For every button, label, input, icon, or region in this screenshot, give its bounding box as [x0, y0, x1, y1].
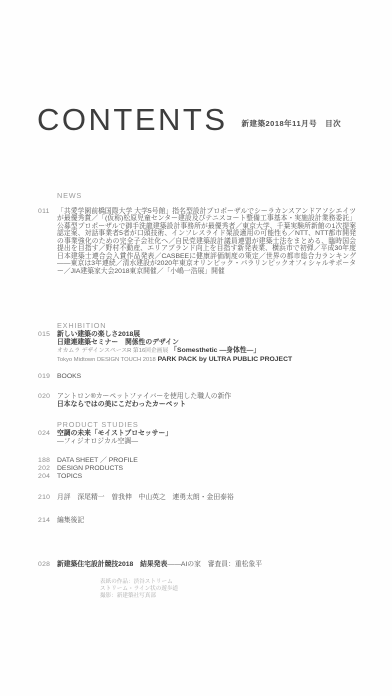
entry-carpet: 020 アントロン®カーペットファイバーを使用した職人の新作 日本ならではの美に…	[38, 393, 231, 409]
page-number-exhibition: 015	[38, 331, 57, 338]
product-studies-lines: 空調の未来「モイストプロセッサー」 ―フィジオロジカル空調―	[57, 430, 172, 446]
contents-page: CONTENTS 新建築2018年11月号 目次 NEWS 011 「共愛学園前…	[0, 0, 392, 696]
carpet-line-1: アントロン®カーペットファイバーを使用した職人の新作	[57, 393, 231, 401]
entry-books: 019 BOOKS	[38, 373, 81, 380]
carpet-line-2: 日本ならではの美にこだわったカーペット	[57, 401, 231, 409]
competition-subtitle: ――AIの家	[167, 561, 201, 568]
page-number-news: 011	[38, 208, 57, 215]
competition-judge: 審査員：重松象平	[208, 561, 262, 568]
entry-news: 011 「共愛学園前橋国際大学 大学5号館」指名型設計プロポーザルでシーラカンス…	[38, 208, 356, 275]
masthead: CONTENTS 新建築2018年11月号 目次	[37, 104, 341, 135]
section-header-news: NEWS	[57, 192, 82, 200]
page-number-monthly-review: 210	[38, 494, 57, 501]
page-number-product-studies: 024	[38, 430, 57, 437]
exhibition-line-4-title: PARK PACK by ULTRA PUBLIC PROJECT	[158, 356, 293, 363]
section-header-exhibition: EXHIBITION	[57, 322, 106, 330]
page-title: CONTENTS	[37, 104, 228, 135]
monthly-review-line: 月評 深尾精一 曽我伸 中山英之 連勇太朗・金田泰裕	[57, 494, 234, 501]
competition-title: 新建築住宅設計競技2018 結果発表	[57, 561, 167, 568]
entry-data-sheet: 188 DATA SHEET ／ PROFILE	[38, 457, 138, 464]
entry-competition: 028 新建築住宅設計競技2018 結果発表――AIの家 審査員：重松象平	[38, 561, 262, 568]
exhibition-title-1: 新しい建築の楽しさ2018展	[57, 331, 292, 339]
page-number-editors-note: 214	[38, 517, 57, 524]
exhibition-title-2: 日建連建築セミナー 関係性のデザイン	[57, 339, 292, 347]
product-studies-line-1: 空調の未来「モイストプロセッサー」	[57, 430, 172, 438]
entry-editors-note: 214 編集後記	[38, 517, 84, 524]
entry-design-products: 202 DESIGN PRODUCTS	[38, 465, 123, 472]
topics-label: TOPICS	[57, 473, 82, 480]
entry-exhibition: 015 新しい建築の楽しさ2018展 日建連建築セミナー 関係性のデザイン オカ…	[38, 331, 292, 365]
editors-note-label: 編集後記	[57, 517, 84, 524]
cover-credit-line-1: 表紙の作品：渋谷ストリーム	[100, 579, 178, 586]
exhibition-lines: 新しい建築の楽しさ2018展 日建連建築セミナー 関係性のデザイン オカムラ デ…	[57, 331, 292, 365]
page-number-carpet: 020	[38, 393, 57, 400]
page-number-design-products: 202	[38, 465, 57, 472]
issue-label: 新建築2018年11月号 目次	[242, 118, 342, 129]
page-number-books: 019	[38, 373, 57, 380]
product-studies-line-2: ―フィジオロジカル空調―	[57, 438, 172, 446]
entry-product-studies: 024 空調の未来「モイストプロセッサー」 ―フィジオロジカル空調―	[38, 430, 172, 446]
exhibition-line-4-prefix: Tokyo Midtown DESIGN TOUCH 2018	[57, 357, 156, 363]
cover-credits: 表紙の作品：渋谷ストリーム ストリーム・ライン状の遊歩道 撮影：新建築社写真部	[100, 579, 178, 600]
news-text: 「共愛学園前橋国際大学 大学5号館」指名型設計プロポーザルでシーラカンスアンドア…	[57, 208, 356, 275]
exhibition-line-3-prefix: オカムラ デザインスペースR 第16回企画展	[57, 348, 168, 354]
monthly-review-label: 月評	[57, 494, 71, 501]
books-label: BOOKS	[57, 373, 81, 380]
data-sheet-label: DATA SHEET ／ PROFILE	[57, 457, 138, 464]
competition-line: 新建築住宅設計競技2018 結果発表――AIの家 審査員：重松象平	[57, 561, 262, 568]
entry-monthly-review: 210 月評 深尾精一 曽我伸 中山英之 連勇太朗・金田泰裕	[38, 494, 234, 501]
exhibition-line-4: Tokyo Midtown DESIGN TOUCH 2018 PARK PAC…	[57, 356, 292, 365]
carpet-lines: アントロン®カーペットファイバーを使用した職人の新作 日本ならではの美にこだわっ…	[57, 393, 231, 409]
section-header-product-studies: PRODUCT STUDIES	[57, 421, 139, 429]
monthly-review-critics: 深尾精一 曽我伸 中山英之 連勇太朗・金田泰裕	[77, 494, 233, 501]
entry-topics: 204 TOPICS	[38, 473, 82, 480]
design-products-label: DESIGN PRODUCTS	[57, 465, 123, 472]
exhibition-line-3-title: 「Somesthetic ―身体性―」	[170, 347, 260, 354]
cover-credit-line-2: ストリーム・ライン状の遊歩道	[100, 586, 178, 593]
page-number-data-sheet: 188	[38, 457, 57, 464]
page-number-competition: 028	[38, 561, 57, 568]
cover-credit-line-3: 撮影：新建築社写真部	[100, 593, 178, 600]
page-number-topics: 204	[38, 473, 57, 480]
exhibition-line-3: オカムラ デザインスペースR 第16回企画展 「Somesthetic ―身体性…	[57, 347, 292, 356]
